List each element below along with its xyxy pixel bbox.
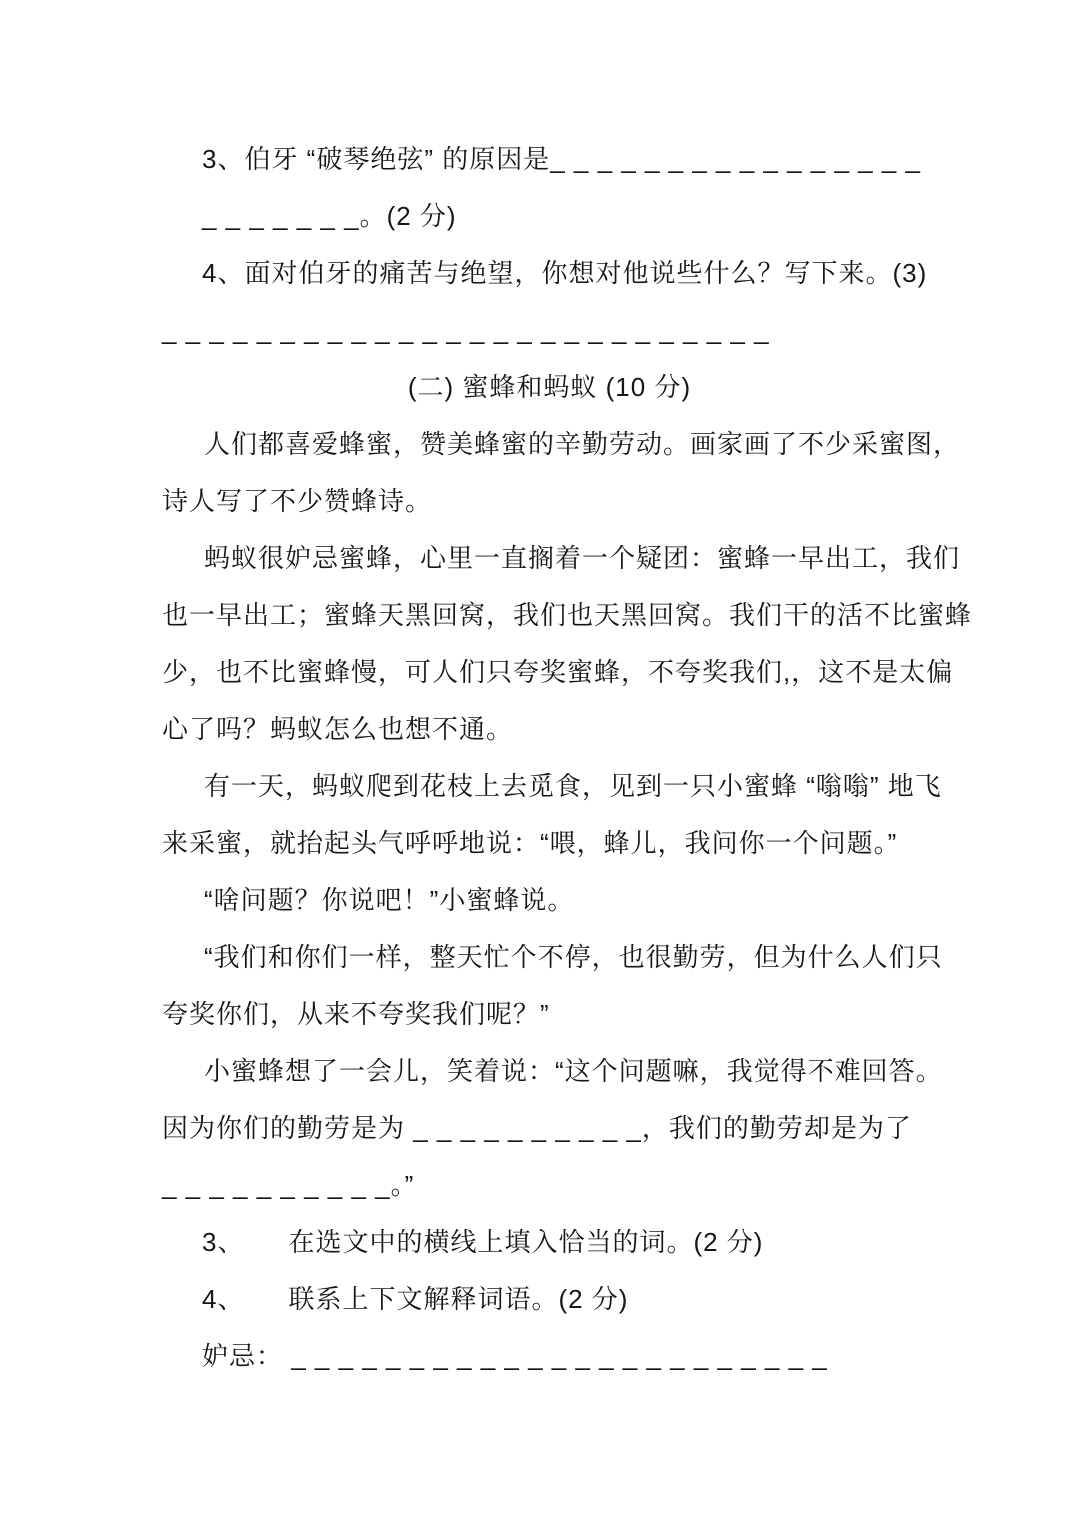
question-3-blank-continuation-text: _ _ _ _ _ _ _	[202, 201, 360, 231]
passage-para3-line1-text: 有一天，蚂蚁爬到花枝上去觅食，见到一只小蜜蜂 “嗡嗡” 地飞	[204, 771, 942, 801]
passage-para6-line3-with-blank: _ _ _ _ _ _ _ _ _ _。”	[162, 1157, 937, 1214]
duji-definition-blank: 妒忌： _ _ _ _ _ _ _ _ _ _ _ _ _ _ _ _ _ _ …	[162, 1328, 937, 1385]
tab-gap	[244, 1307, 288, 1308]
answer-blank-line: _ _ _ _ _ _ _ _ _ _ _ _ _ _ _ _ _ _ _ _ …	[162, 302, 937, 359]
answer-blank-line-text: _ _ _ _ _ _ _ _ _ _ _ _ _ _ _ _ _ _ _ _ …	[162, 315, 770, 345]
passage-para5-line2-text: 夸奖你们，从来不夸奖我们呢？”	[162, 999, 550, 1029]
passage-para3-line1: 有一天，蚂蚁爬到花枝上去觅食，见到一只小蜜蜂 “嗡嗡” 地飞	[162, 758, 937, 815]
passage-para6-line2-with-blank: 因为你们的勤劳是为 _ _ _ _ _ _ _ _ _ _，我们的勤劳却是为了	[162, 1100, 937, 1157]
passage-para6-line1: 小蜜蜂想了一会儿，笑着说：“这个问题嘛，我觉得不难回答。	[162, 1043, 937, 1100]
passage-para2-line2: 也一早出工；蜜蜂天黑回窝，我们也天黑回窝。我们干的活不比蜜蜂	[162, 587, 937, 644]
passage-para2-line4: 心了吗？蚂蚁怎么也想不通。	[162, 701, 937, 758]
question-3-blank-continuation: _ _ _ _ _ _ _。(2 分)	[162, 188, 937, 245]
passage-para5-line1: “我们和你们一样，整天忙个不停，也很勤劳，但为什么人们只	[162, 929, 937, 986]
document-page: 3、伯牙 “破琴绝弦” 的原因是_ _ _ _ _ _ _ _ _ _ _ _ …	[0, 0, 1080, 1527]
document-body: 3、伯牙 “破琴绝弦” 的原因是_ _ _ _ _ _ _ _ _ _ _ _ …	[162, 131, 937, 1385]
passage-para6-line3-with-blank-text: _ _ _ _ _ _ _ _ _ _	[162, 1170, 391, 1200]
question-4-explain-words-text: 联系上下文解释词语。(2 分)	[288, 1284, 628, 1314]
passage-para2-line3-text: 少，也不比蜜蜂慢，可人们只夸奖蜜蜂，不夸奖我们,，这不是太偏	[162, 657, 953, 687]
passage-para5-line2: 夸奖你们，从来不夸奖我们呢？”	[162, 986, 937, 1043]
section-heading: (二) 蜜蜂和蚂蚁 (10 分)	[162, 359, 937, 416]
passage-para6-line1-text: 小蜜蜂想了一会儿，笑着说：“这个问题嘛，我觉得不难回答。	[204, 1056, 943, 1086]
passage-para3-line2: 来采蜜，就抬起头气呼呼地说：“喂，蜂儿，我问你一个问题。”	[162, 815, 937, 872]
passage-para6-line3-with-blank-text: 。”	[391, 1170, 415, 1200]
passage-para4-line1: “啥问题？你说吧！”小蜜蜂说。	[162, 872, 937, 929]
question-4-explain-words: 4、联系上下文解释词语。(2 分)	[162, 1271, 937, 1328]
passage-para5-line1-text: “我们和你们一样，整天忙个不停，也很勤劳，但为什么人们只	[204, 942, 943, 972]
duji-definition-blank-text: 妒忌：	[202, 1341, 291, 1371]
question-3-fill-words: 3、在选文中的横线上填入恰当的词。(2 分)	[162, 1214, 937, 1271]
passage-para1-line1-text: 人们都喜爱蜂蜜，赞美蜂蜜的辛勤劳动。画家画了不少采蜜图，	[204, 429, 960, 459]
passage-para4-line1-text: “啥问题？你说吧！”小蜜蜂说。	[204, 885, 574, 915]
section-heading-text: (二) 蜜蜂和蚂蚁 (10 分)	[408, 372, 691, 402]
page: { "page": { "background_color": "#ffffff…	[0, 0, 1080, 1527]
question-4-boya-text: 4、面对伯牙的痛苦与绝望，你想对他说些什么？写下来。(3)	[202, 258, 927, 288]
passage-para6-line2-with-blank-text: 因为你们的勤劳是为	[162, 1113, 413, 1143]
passage-para2-line4-text: 心了吗？蚂蚁怎么也想不通。	[162, 714, 513, 744]
question-3-fill-words-text: 在选文中的横线上填入恰当的词。(2 分)	[288, 1227, 763, 1257]
duji-definition-blank-text: _ _ _ _ _ _ _ _ _ _ _ _ _ _ _ _ _ _ _ _ …	[291, 1341, 828, 1371]
passage-para6-line2-with-blank-text: _ _ _ _ _ _ _ _ _ _	[413, 1113, 642, 1143]
passage-para2-line3: 少，也不比蜜蜂慢，可人们只夸奖蜜蜂，不夸奖我们,，这不是太偏	[162, 644, 937, 701]
tab-gap	[244, 1250, 288, 1251]
passage-para3-line2-text: 来采蜜，就抬起头气呼呼地说：“喂，蜂儿，我问你一个问题。”	[162, 828, 897, 858]
question-3-boya-text: _ _ _ _ _ _ _ _ _ _ _ _ _ _ _ _	[550, 144, 921, 174]
passage-para1-line2: 诗人写了不少赞蜂诗。	[162, 473, 937, 530]
question-3-fill-words-text: 3、	[202, 1227, 244, 1257]
question-3-blank-continuation-text: 。(2 分)	[360, 201, 457, 231]
passage-para2-line1: 蚂蚁很妒忌蜜蜂，心里一直搁着一个疑团：蜜蜂一早出工，我们	[162, 530, 937, 587]
passage-para2-line2-text: 也一早出工；蜜蜂天黑回窝，我们也天黑回窝。我们干的活不比蜜蜂	[162, 600, 972, 630]
passage-para1-line2-text: 诗人写了不少赞蜂诗。	[162, 486, 432, 516]
question-4-explain-words-text: 4、	[202, 1284, 244, 1314]
question-3-boya: 3、伯牙 “破琴绝弦” 的原因是_ _ _ _ _ _ _ _ _ _ _ _ …	[162, 131, 937, 188]
passage-para2-line1-text: 蚂蚁很妒忌蜜蜂，心里一直搁着一个疑团：蜜蜂一早出工，我们	[204, 543, 960, 573]
question-4-boya: 4、面对伯牙的痛苦与绝望，你想对他说些什么？写下来。(3)	[162, 245, 937, 302]
passage-para6-line2-with-blank-text: ，我们的勤劳却是为了	[642, 1113, 912, 1143]
passage-para1-line1: 人们都喜爱蜂蜜，赞美蜂蜜的辛勤劳动。画家画了不少采蜜图，	[162, 416, 937, 473]
question-3-boya-text: 3、伯牙 “破琴绝弦” 的原因是	[202, 144, 550, 174]
